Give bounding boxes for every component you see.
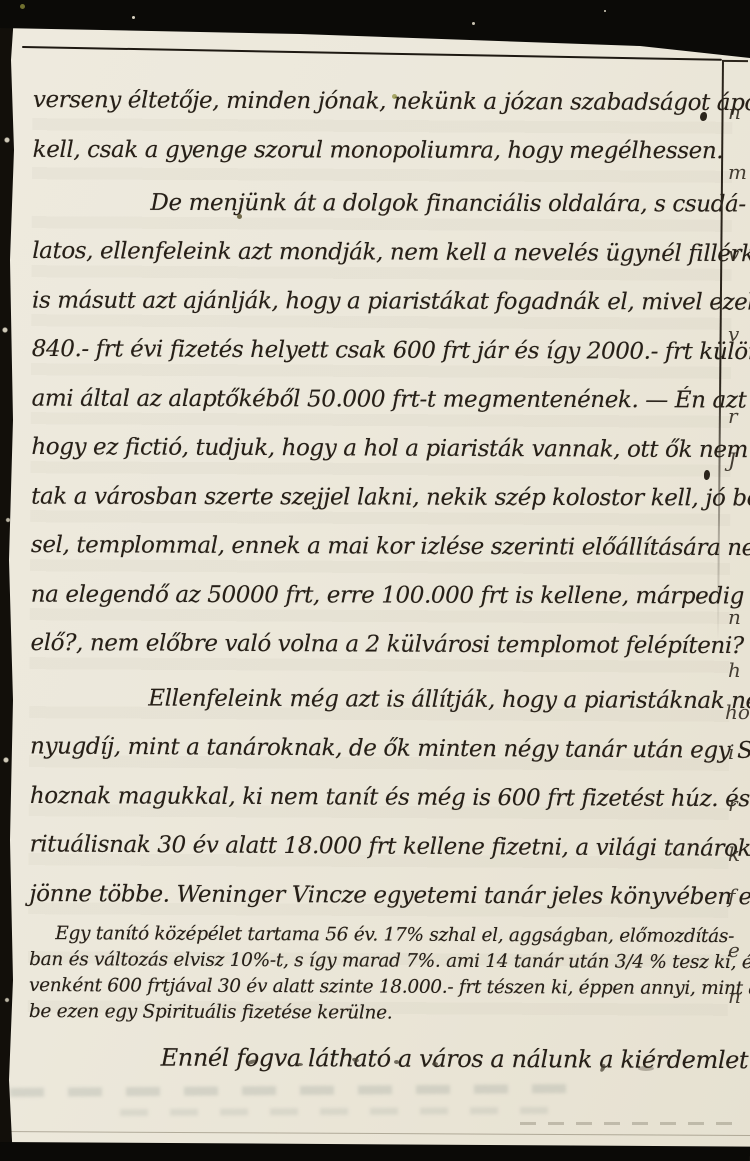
stain-speck <box>392 94 397 99</box>
manuscript-line: Ennél fogva látható a város a nálunk a k… <box>29 1033 719 1085</box>
dust-speck <box>604 10 606 12</box>
manuscript-line: jönne többe. Weninger Vincze egyetemi ta… <box>29 870 719 922</box>
manuscript-line: ban és változás elvisz 10%-t, s így mara… <box>29 947 719 976</box>
photographed-manuscript: { "meta": { "kind": "handwritten manuscr… <box>0 0 750 1161</box>
paragraph-3: Ellenfeleink még azt is állítják, hogy a… <box>29 674 720 922</box>
manuscript-line: venként 600 frtjával 30 év alatt szinte … <box>29 973 719 1002</box>
manuscript-line: sel, templommal, ennek a mai kor izlése … <box>31 521 721 573</box>
manuscript-line: na elegendő az 50000 frt, erre 100.000 f… <box>31 571 721 622</box>
facing-page-fragment: n <box>728 100 750 124</box>
ink-smudge <box>394 1060 399 1064</box>
manuscript-line: verseny éltetője, minden jónak, nekünk a… <box>33 76 723 128</box>
facing-page-fragment: r <box>728 404 750 428</box>
facing-page-fragment: v <box>728 322 750 346</box>
ghost-bleedthrough-dashes <box>520 1122 740 1125</box>
manuscript-line: Ellenfeleink még azt is állítják, hogy a… <box>30 674 720 726</box>
paragraph-5: Ennél fogva látható a város a nálunk a k… <box>29 1033 719 1085</box>
facing-page-fragment: f <box>728 884 750 908</box>
manuscript-text: verseny éltetője, minden jónak, nekünk a… <box>29 76 723 1085</box>
facing-page-fragment: i <box>728 740 750 764</box>
manuscript-line: hogy ez fictió, tudjuk, hogy a hol a pia… <box>31 423 721 475</box>
facing-page-fragment: n <box>728 605 750 629</box>
ink-smudge <box>638 1066 654 1071</box>
paragraph-2: De menjünk át a dolgok financiális oldal… <box>30 178 722 671</box>
manuscript-line: kell, csak a gyenge szorul monopoliumra,… <box>33 126 723 176</box>
facing-page-fragment: J <box>728 448 750 472</box>
facing-page-fragment: n <box>728 984 750 1008</box>
ink-smudge <box>297 1063 303 1066</box>
facing-page-fragment: v <box>728 242 750 266</box>
ink-smudge <box>432 1062 438 1066</box>
manuscript-line: be ezen egy Spirituális fizetése kerülne… <box>29 999 719 1028</box>
facing-page-fragment: h <box>728 658 750 682</box>
dust-speck <box>472 22 475 25</box>
manuscript-line: ami által az alaptőkéből 50.000 frt-t me… <box>32 375 722 426</box>
dust-speck <box>132 16 135 19</box>
stain-speck <box>237 214 242 219</box>
manuscript-line: nyugdíj, mint a tanároknak, de ők minten… <box>30 722 720 775</box>
dust-speck <box>20 4 25 9</box>
facing-page-fragment: k <box>728 842 750 866</box>
manuscript-line: is másutt azt ajánlják, hogy a piaristák… <box>32 277 722 328</box>
facing-page-fragment: r <box>728 792 750 816</box>
paragraph-4-small: Egy tanító középélet tartama 56 év. 17% … <box>29 921 719 1028</box>
facing-page-fragment: m <box>728 160 750 184</box>
manuscript-line: hoznak magukkal, ki nem tanít és még is … <box>30 772 720 824</box>
manuscript-line: latos, ellenfeleink azt mondják, nem kel… <box>32 227 722 279</box>
manuscript-line: Egy tanító középélet tartama 56 év. 17% … <box>29 921 719 950</box>
manuscript-line: tak a városban szerte szejjel lakni, nek… <box>31 473 721 524</box>
manuscript-line: elő?, nem előbre való volna a 2 külváros… <box>30 619 720 671</box>
page-top-edge-line-right <box>722 60 748 62</box>
facing-page-fragment: ho <box>725 700 750 724</box>
manuscript-line: 840.- frt évi fizetés helyett csak 600 f… <box>32 325 722 377</box>
manuscript-line: De menjünk át a dolgok financiális oldal… <box>32 179 722 230</box>
paragraph-1: verseny éltetője, minden jónak, nekünk a… <box>33 76 723 177</box>
manuscript-line: rituálisnak 30 év alatt 18.000 frt kelle… <box>29 820 719 873</box>
facing-page-fragment: e <box>728 938 750 962</box>
